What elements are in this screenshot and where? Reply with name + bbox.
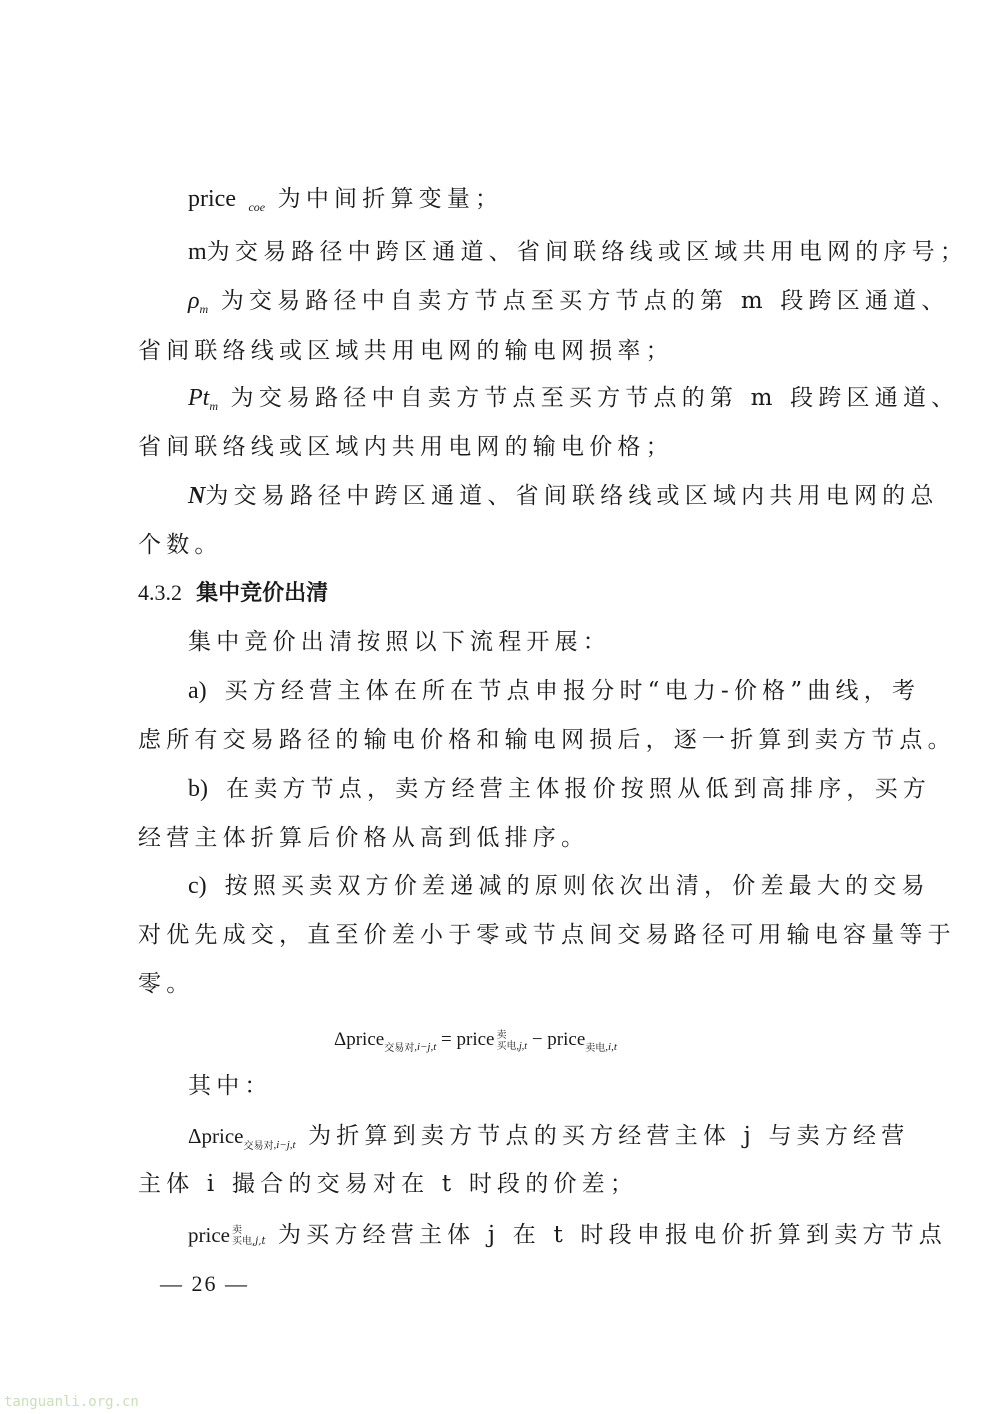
definition-text: 为交易路径中自卖方节点至买方节点的第 m 段跨区通道、	[231, 385, 960, 411]
definition-text: 为交易路径中跨区通道、省间联络线或区域内共用电网的总	[205, 483, 938, 509]
symbol: ρ	[188, 288, 200, 314]
step-c-cont2: 零。	[138, 968, 864, 1000]
step-text: 买方经营主体在所在节点申报分时“电力-价格”曲线，考	[225, 678, 921, 704]
symbol: price	[188, 1223, 230, 1247]
subscript: ,i−j,t	[273, 1139, 295, 1151]
definition-pt-m-cont: 省间联络线或区域内共用电网的输电价格；	[138, 431, 864, 463]
formula-term1-sup: 卖	[497, 1030, 528, 1041]
step-c-cont: 对优先成交，直至价差小于零或节点间交易路径可用输电容量等于	[138, 919, 864, 951]
step-text: 经营主体折算后价格从高到低排序。	[138, 825, 589, 851]
symbol: m	[188, 239, 207, 265]
step-b-cont: 经营主体折算后价格从高到低排序。	[138, 822, 864, 854]
subscript: ,j,t	[252, 1236, 265, 1247]
formula-equals: =	[441, 1029, 452, 1050]
formula-lhs-sub: ,i−j,t	[414, 1041, 436, 1053]
definition-text: 个数。	[138, 532, 223, 558]
definition-text: 为交易路径中跨区通道、省间联络线或区域共用电网的序号；	[207, 239, 968, 265]
subscript: m	[209, 399, 218, 413]
definition-rho-m-cont: 省间联络线或区域共用电网的输电网损率；	[138, 335, 864, 367]
definition-text: 省间联络线或区域共用电网的输电网损率；	[138, 338, 674, 364]
formula-minus: −	[532, 1029, 543, 1050]
formula-term1-sub-cn: 买电	[497, 1041, 517, 1052]
symbol-scripts: 卖买电,j,t	[232, 1225, 265, 1247]
definition-text: 主体 i 撮合的交易对在 t 时段的价差；	[138, 1171, 638, 1197]
formula-term2-sub: ,i,t	[605, 1041, 617, 1053]
step-text: 按照买卖双方价差递减的原则依次出清，价差最大的交易	[225, 873, 930, 899]
subscript: m	[200, 302, 209, 316]
intro-paragraph: 集中竞价出清按照以下流程开展：	[188, 626, 914, 658]
formula-term2: price	[547, 1029, 585, 1050]
definition-text: 省间联络线或区域内共用电网的输电价格；	[138, 434, 674, 460]
intro-text: 集中竞价出清按照以下流程开展：	[188, 629, 611, 655]
step-text: 对优先成交，直至价差小于零或节点间交易路径可用输电容量等于	[138, 922, 956, 948]
step-a-cont: 虑所有交易路径的输电价格和输电网损后，逐一折算到卖方节点。	[138, 724, 864, 756]
section-number: 4.3.2	[138, 580, 182, 605]
definition-text: 为中间折算变量；	[278, 186, 504, 212]
definition-n: N为交易路径中跨区通道、省间联络线或区域内共用电网的总	[188, 480, 914, 512]
formula-lhs-sub-cn: 交易对	[384, 1043, 414, 1054]
step-text: 零。	[138, 971, 194, 997]
symbol: price	[188, 186, 236, 212]
definition-price-coe: price coe 为中间折算变量；	[188, 183, 914, 223]
step-a: a)买方经营主体在所在节点申报分时“电力-价格”曲线，考	[188, 675, 914, 707]
step-label: a)	[188, 675, 207, 707]
definition-delta-price-cont: 主体 i 撮合的交易对在 t 时段的价差；	[138, 1168, 864, 1200]
definition-rho-m: ρm 为交易路径中自卖方节点至买方节点的第 m 段跨区通道、	[188, 285, 914, 325]
formula-lhs: Δprice	[334, 1029, 384, 1050]
symbol: N	[188, 483, 205, 509]
definition-m: m为交易路径中跨区通道、省间联络线或区域共用电网的序号；	[188, 236, 914, 268]
step-label: c)	[188, 870, 207, 902]
formula-term2-sub-cn: 卖电	[585, 1043, 605, 1054]
page-number-footer: — 26 —	[160, 1268, 249, 1300]
formula-term1: price	[457, 1029, 495, 1050]
step-b: b)在卖方节点，卖方经营主体报价按照从低到高排序，买方	[188, 773, 914, 805]
definition-n-cont: 个数。	[138, 529, 864, 561]
formula-term1-sub: ,j,t	[517, 1041, 528, 1052]
definition-text: 为交易路径中自卖方节点至买方节点的第 m 段跨区通道、	[221, 288, 950, 314]
formula-term1-scripts: 卖买电,j,t	[497, 1030, 528, 1052]
definition-text: 为折算到卖方节点的买方经营主体 j 与卖方经营	[308, 1123, 909, 1149]
step-text: 虑所有交易路径的输电价格和输电网损后，逐一折算到卖方节点。	[138, 727, 956, 753]
section-title: 集中竞价出清	[196, 580, 328, 605]
step-label: b)	[188, 773, 208, 805]
where-label: 其中：	[188, 1070, 914, 1102]
superscript: 卖	[232, 1225, 265, 1236]
definition-text: 为买方经营主体 j 在 t 时段申报电价折算到卖方节点	[278, 1222, 947, 1248]
symbol: Δprice	[188, 1124, 243, 1148]
subscript-cn: 交易对	[243, 1141, 273, 1152]
symbol: Pt	[188, 385, 209, 411]
where-text: 其中：	[188, 1073, 273, 1099]
section-heading: 4.3.2 集中竞价出清	[138, 577, 328, 609]
document-page: price coe 为中间折算变量； m为交易路径中跨区通道、省间联络线或区域共…	[0, 0, 1000, 1414]
subscript-cn: 买电	[232, 1236, 252, 1247]
watermark: tanguanli.org.cn	[4, 1394, 139, 1410]
step-text: 在卖方节点，卖方经营主体报价按照从低到高排序，买方	[226, 776, 931, 802]
definition-pt-m: Ptm 为交易路径中自卖方节点至买方节点的第 m 段跨区通道、	[188, 382, 914, 422]
step-c: c)按照买卖双方价差递减的原则依次出清，价差最大的交易	[188, 870, 914, 902]
price-difference-formula: Δprice交易对,i−j,t = price卖买电,j,t − price卖电…	[334, 1025, 617, 1064]
definition-delta-price: Δprice交易对,i−j,t 为折算到卖方节点的买方经营主体 j 与卖方经营	[188, 1120, 914, 1163]
definition-price-buy: price卖买电,j,t 为买方经营主体 j 在 t 时段申报电价折算到卖方节点	[188, 1219, 914, 1251]
subscript: coe	[248, 200, 265, 214]
